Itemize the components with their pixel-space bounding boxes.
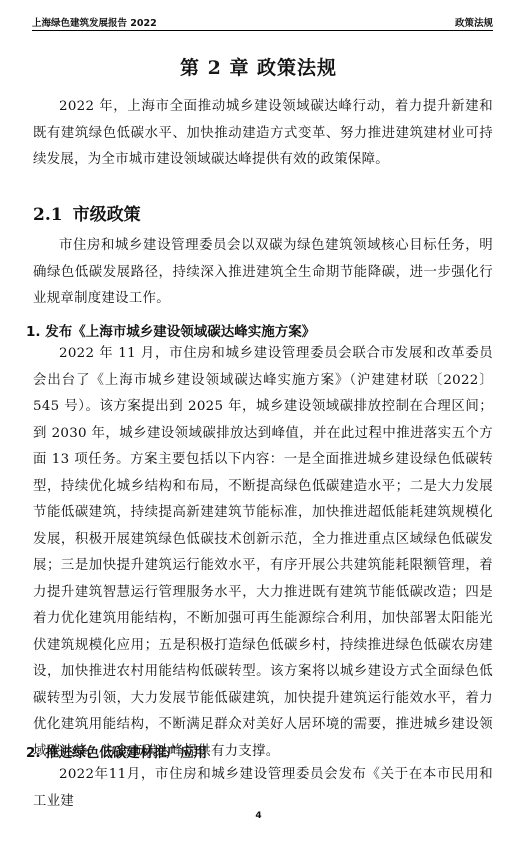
header-report-title: 上海绿色建筑发展报告 2022	[32, 15, 157, 29]
item-1-body: 2022 年 11 月，市住房和城乡建设管理委员会联合市发展和改革委员会出台了《…	[33, 341, 493, 765]
section-title: 市级政策	[73, 205, 141, 225]
chapter-title: 第 2 章 政策法规	[0, 53, 517, 80]
chapter-number: 2	[208, 57, 222, 79]
header-chapter-name: 政策法规	[455, 15, 493, 29]
chapter-suffix: 章 政策法规	[229, 57, 337, 79]
item-2-heading: 2. 推进绿色低碳建材推广应用	[26, 741, 207, 761]
section-intro-paragraph: 市住房和城乡建设管理委员会以双碳为绿色建筑领域核心目标任务，明确绿色低碳发展路径…	[33, 233, 493, 313]
item-2-body: 2022年11月，市住房和城乡建设管理委员会发布《关于在本市民用和工业建	[33, 762, 493, 815]
intro-paragraph: 2022 年，上海市全面推动城乡建设领域碳达峰行动，着力提升新建和既有建筑绿色低…	[33, 94, 493, 174]
section-number: 2.1	[33, 205, 63, 225]
chapter-prefix: 第	[180, 57, 200, 79]
page-number: 4	[0, 811, 517, 821]
section-heading: 2.1市级政策	[33, 200, 141, 225]
item-1-heading: 1. 发布《上海市城乡建设领域碳达峰实施方案》	[26, 320, 315, 340]
running-header: 上海绿色建筑发展报告 2022 政策法规	[32, 13, 493, 31]
